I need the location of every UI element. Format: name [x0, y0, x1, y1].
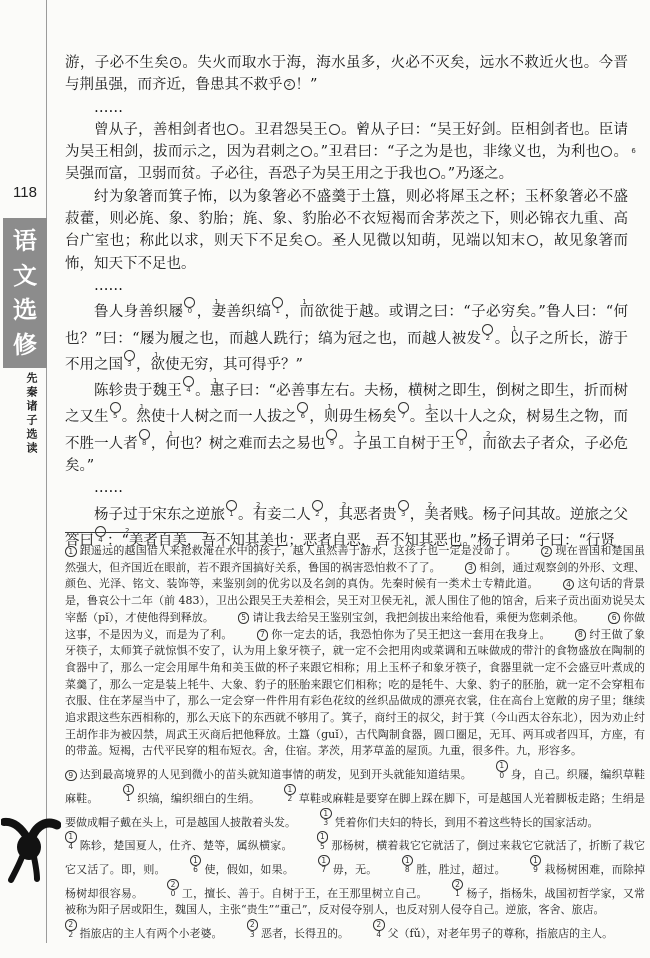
footnote-block: 22指旅店的主人有两个小老婆。23恶者，长得丑的。24父（fǔ），对老年男子的尊… [65, 919, 645, 943]
footnote-marker-6: 6 [608, 612, 620, 624]
footnote-block: 9达到最高境界的人见到微小的苗头就知道事情的萌发，见到开头就能知道结果。10身，… [65, 760, 645, 831]
footnote-text-13: 凭着你们夫妇的特长，到用不着这些特长的国家活动。 [335, 816, 599, 829]
footnote-marker-2: 2 [541, 546, 553, 558]
text-paragraph: 游，子必不生矣1。失火而取水于海，海水虽多，火必不灭矣，远水不救近火也。今晋与荆… [65, 52, 628, 97]
footnote-marker-11: 11 [272, 297, 283, 308]
footnote-marker-16: 16 [297, 402, 308, 413]
footnote-text-17: 毋，无。 [333, 863, 378, 876]
text-paragraph: 曾从子，善相剑者也3。卫君怨吴王4。曾从子曰：“吴王好剑。臣相剑者也。臣请为吴王… [65, 119, 628, 186]
series-char-1: 语 [13, 228, 38, 253]
footnote-marker-8: 8 [305, 235, 316, 246]
sidebar-divider-line [46, 0, 47, 943]
footnote-marker-13: 13 [320, 808, 332, 820]
ellipsis-line: …… [65, 97, 628, 119]
footnote-marker-12: 12 [284, 784, 296, 796]
footnote-text-20: 工，擅长、善于。自树于王，在王那里树立自己。 [182, 887, 428, 900]
footnote-text-22: 指旅店的主人有两个小老婆。 [80, 927, 223, 940]
footnote-text-24: 父（fǔ），对老年男子的尊称，指旅店的主人。 [388, 927, 614, 940]
book-page: 118 语 文 选 修 先秦诸子选读 游，子必不生矣1。失火而取水于海，海水虽多… [0, 0, 650, 958]
footnote-marker-21: 21 [452, 879, 464, 891]
footnote-marker-20: 20 [167, 879, 179, 891]
footnote-marker-5: 5 [238, 612, 250, 624]
footnote-text-11: 织缟，编织细白的生绢。 [137, 792, 260, 805]
footnote-marker-3: 3 [227, 124, 238, 135]
footnote-text-8: 纣王做了象牙筷子，太师箕子就惊惧不安了，认为用上象牙筷子，就一定不会把用肉或菜调… [65, 628, 645, 758]
footnote-marker-10: 10 [184, 297, 195, 308]
footnote-marker-1: 1 [65, 546, 77, 558]
footnote-marker-14: 14 [183, 376, 194, 387]
footnote-marker-11: 11 [123, 784, 135, 796]
footnote-text-5: 请让我去给吴王鉴别宝剑，我把剑拔出来给他看，乘便为您刺杀他。 [252, 611, 584, 624]
series-char-3: 选 [13, 298, 38, 323]
footnote-marker-22: 22 [312, 500, 323, 511]
footnote-marker-17: 17 [398, 402, 409, 413]
footnote-marker-2: 2 [284, 79, 295, 90]
ellipsis-line: …… [65, 275, 628, 297]
footnote-text-23: 恶者，长得丑的。 [261, 927, 349, 940]
ellipsis-line: …… [65, 477, 628, 499]
footnote-marker-8: 8 [575, 629, 587, 641]
footnotes: 1跟遥远的越国借人来抢救淹在水中的孩子，越人虽然善于游水，这孩子也一定是没命了。… [65, 543, 645, 943]
footnote-marker-15: 15 [317, 831, 329, 843]
bird-logo-icon [1, 814, 61, 886]
footnote-block: 1跟遥远的越国借人来抢救淹在水中的孩子，越人虽然善于游水，这孩子也一定是没命了。… [65, 543, 645, 760]
footnote-marker-7: 7 [257, 629, 269, 641]
footnote-marker-10: 10 [496, 760, 508, 772]
footnote-marker-7: 7 [429, 168, 440, 179]
page-number: 118 [8, 184, 42, 201]
text-paragraph: 纣为象箸而箕子怖，以为象箸必不盛羹于土簋，则必将犀玉之杯；玉杯象箸必不盛菽藿，则… [65, 186, 628, 275]
footnote-marker-19: 19 [530, 855, 542, 867]
footnote-marker-20: 20 [456, 429, 467, 440]
footnote-marker-17: 17 [318, 855, 330, 867]
footnote-marker-5: 5 [301, 146, 312, 157]
footnote-text-16: 使，假如，如果。 [204, 863, 294, 876]
footnote-marker-22: 22 [65, 919, 77, 931]
footnote-marker-24: 24 [373, 919, 385, 931]
footnote-marker-1: 1 [170, 57, 181, 68]
subseries-title: 先秦诸子选读 [23, 372, 39, 456]
footnote-marker-4: 4 [563, 579, 575, 591]
main-text: 游，子必不生矣1。失火而取水于海，海水虽多，火必不灭矣，远水不救近火也。今晋与荆… [65, 52, 628, 552]
footnote-marker-3: 3 [465, 562, 477, 574]
footnote-marker-15: 15 [110, 402, 121, 413]
series-char-4: 修 [13, 333, 38, 358]
footnote-marker-21: 21 [226, 500, 237, 511]
series-char-2: 文 [13, 263, 38, 288]
series-title-box: 语 文 选 修 [3, 218, 47, 368]
footnote-text-1: 跟遥远的越国借人来抢救淹在水中的孩子，越人虽然善于游水，这孩子也一定是没命了。 [80, 544, 517, 557]
footnote-marker-18: 18 [402, 855, 414, 867]
text-paragraph: 鲁人身善织屦10，妻善织缟11，而欲徙于越。或谓之曰：“子必穷矣。”鲁人曰：“何… [65, 297, 628, 376]
footnote-marker-23: 23 [398, 500, 409, 511]
footnote-marker-6: 6 [601, 146, 612, 157]
footnote-text-7: 你一定去的话，我恐怕你为了吴王把这一套用在我身上。 [271, 628, 551, 641]
footnote-text-18: 胜，胜过，超过。 [416, 863, 506, 876]
footnote-marker-14: 14 [65, 831, 77, 843]
text-paragraph: 陈轸贵于魏王14。惠子曰：“必善事左右。夫杨，横树之即生，倒树之即生，折而树之又… [65, 376, 628, 477]
footnote-marker-13: 13 [124, 350, 135, 361]
footnote-separator [65, 532, 207, 533]
footnote-marker-16: 16 [190, 855, 202, 867]
footnote-marker-9: 9 [527, 235, 538, 246]
footnote-marker-23: 23 [247, 919, 259, 931]
footnote-marker-19: 19 [326, 429, 337, 440]
footnote-marker-18: 18 [139, 429, 150, 440]
footnote-marker-4: 4 [329, 124, 340, 135]
footnote-text-9: 达到最高境界的人见到微小的苗头就知道事情的萌发，见到开头就能知道结果。 [80, 768, 473, 781]
footnote-block: 14陈轸，楚国夏人，仕齐、楚等，属纵横家。15那杨树，横着栽它它就活了，倒过来栽… [65, 831, 645, 919]
footnote-marker-12: 12 [482, 324, 493, 335]
footnote-marker-9: 9 [65, 770, 77, 782]
footnote-text-14: 陈轸，楚国夏人，仕齐、楚等，属纵横家。 [80, 839, 293, 852]
